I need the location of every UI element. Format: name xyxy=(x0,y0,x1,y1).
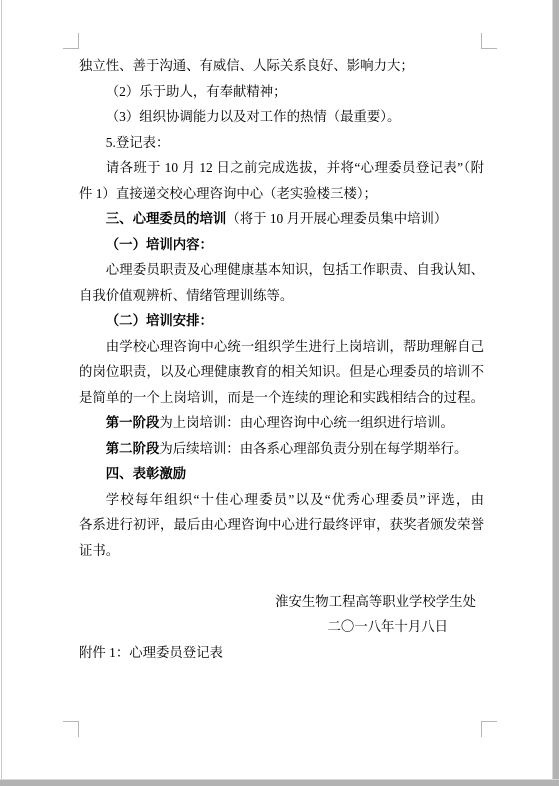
document-line: 是简单的一个上岗培训，而是一个连续的理论和实践相结合的过程。 xyxy=(79,385,484,411)
crop-mark-top-right xyxy=(481,33,497,49)
document-line: （2）乐于助人，有奉献精神； xyxy=(79,79,484,105)
crop-mark-top-left xyxy=(63,33,79,49)
crop-mark-bottom-left xyxy=(63,721,79,737)
text-run: 为后续培训：由各系心理部负责分别在每学期举行。 xyxy=(159,441,467,456)
document-line: 自我价值观辨析、情绪管理训练等。 xyxy=(79,283,484,309)
signature-org: 淮安生物工程高等职业学校学生处 xyxy=(79,589,484,615)
subsection-heading-1: （一）培训内容： xyxy=(79,232,484,258)
bold-text-run: 第二阶段 xyxy=(106,441,160,456)
document-line: 心理委员职责及心理健康基本知识，包括工作职责、自我认知、 xyxy=(79,257,484,283)
text-run: （将于 10 月开展心理委员集中培训） xyxy=(226,211,447,226)
document-line: 5.登记表： xyxy=(79,130,484,156)
document-line: 的岗位职责，以及心理健康教育的相关知识。但是心理委员的培训不 xyxy=(79,359,484,385)
text-run: 学校每年组织“十佳心理委员”以及“优秀心理委员”评选，由 xyxy=(106,492,484,507)
text-run: 附件 1：心理委员登记表 xyxy=(79,645,223,660)
document-line: （3）组织协调能力以及对工作的热情（最重要）。 xyxy=(79,104,484,130)
document-body: 独立性、善于沟通、有威信、人际关系良好、影响力大；（2）乐于助人，有奉献精神；（… xyxy=(79,53,484,665)
document-line: 第二阶段为后续培训：由各系心理部负责分别在每学期举行。 xyxy=(79,436,484,462)
text-run: 心理委员职责及心理健康基本知识，包括工作职责、自我认知、 xyxy=(106,262,484,277)
text-run: 各系进行初评，最后由心理咨询中心进行最终评审，获奖者颁发荣誉 xyxy=(79,517,484,532)
document-page: 独立性、善于沟通、有威信、人际关系良好、影响力大；（2）乐于助人，有奉献精神；（… xyxy=(0,0,559,786)
text-run: 证书。 xyxy=(79,543,119,558)
text-run: 是简单的一个上岗培训，而是一个连续的理论和实践相结合的过程。 xyxy=(79,390,484,405)
subsection-heading-2: （二）培训安排： xyxy=(79,308,484,334)
document-line: 独立性、善于沟通、有威信、人际关系良好、影响力大； xyxy=(79,53,484,79)
document-line: 件 1）直接递交校心理咨询中心（老实验楼三楼）； xyxy=(79,181,484,207)
text-run: 由学校心理咨询中心统一组织学生进行上岗培训，帮助理解自己 xyxy=(106,339,484,354)
document-line: 各系进行初评，最后由心理咨询中心进行最终评审，获奖者颁发荣誉 xyxy=(79,512,484,538)
document-line: 由学校心理咨询中心统一组织学生进行上岗培训，帮助理解自己 xyxy=(79,334,484,360)
page-bottom-shadow xyxy=(0,779,559,786)
text-run: 自我价值观辨析、情绪管理训练等。 xyxy=(79,288,293,303)
document-line: 第一阶段为上岗培训：由心理咨询中心统一组织进行培训。 xyxy=(79,410,484,436)
text-run: 二〇一八年十月八日 xyxy=(327,619,448,634)
bold-text-run: （二）培训安排： xyxy=(106,313,213,328)
text-run: （3）组织协调能力以及对工作的热情（最重要）。 xyxy=(106,109,401,124)
bold-text-run: （一）培训内容： xyxy=(106,237,213,252)
text-run: 件 1）直接递交校心理咨询中心（老实验楼三楼）； xyxy=(79,186,377,201)
bold-text-run: 四、表彰激励 xyxy=(106,466,186,481)
document-line: 学校每年组织“十佳心理委员”以及“优秀心理委员”评选，由 xyxy=(79,487,484,513)
text-run: （2）乐于助人，有奉献精神； xyxy=(106,84,287,99)
document-line xyxy=(79,563,484,589)
bold-text-run: 第一阶段 xyxy=(106,415,160,430)
page-right-shadow xyxy=(552,0,559,786)
document-line: 请各班于 10 月 12 日之前完成选拔，并将“心理委员登记表”（附 xyxy=(79,155,484,181)
bold-text-run: 三、心理委员的培训 xyxy=(106,211,227,226)
section-heading-4: 四、表彰激励 xyxy=(79,461,484,487)
text-run: 请各班于 10 月 12 日之前完成选拔，并将“心理委员登记表”（附 xyxy=(106,160,484,175)
signature-date: 二〇一八年十月八日 xyxy=(79,614,484,640)
text-run: 淮安生物工程高等职业学校学生处 xyxy=(275,594,476,609)
page-left-border xyxy=(1,0,2,779)
text-run: 独立性、善于沟通、有威信、人际关系良好、影响力大； xyxy=(79,58,414,73)
document-line: 证书。 xyxy=(79,538,484,564)
attachment-note: 附件 1：心理委员登记表 xyxy=(79,640,484,666)
section-heading-3: 三、心理委员的培训（将于 10 月开展心理委员集中培训） xyxy=(79,206,484,232)
text-run: 5.登记表： xyxy=(106,135,170,150)
crop-mark-bottom-right xyxy=(481,721,497,737)
text-run: 的岗位职责，以及心理健康教育的相关知识。但是心理委员的培训不 xyxy=(79,364,484,379)
text-run: 为上岗培训：由心理咨询中心统一组织进行培训。 xyxy=(159,415,454,430)
